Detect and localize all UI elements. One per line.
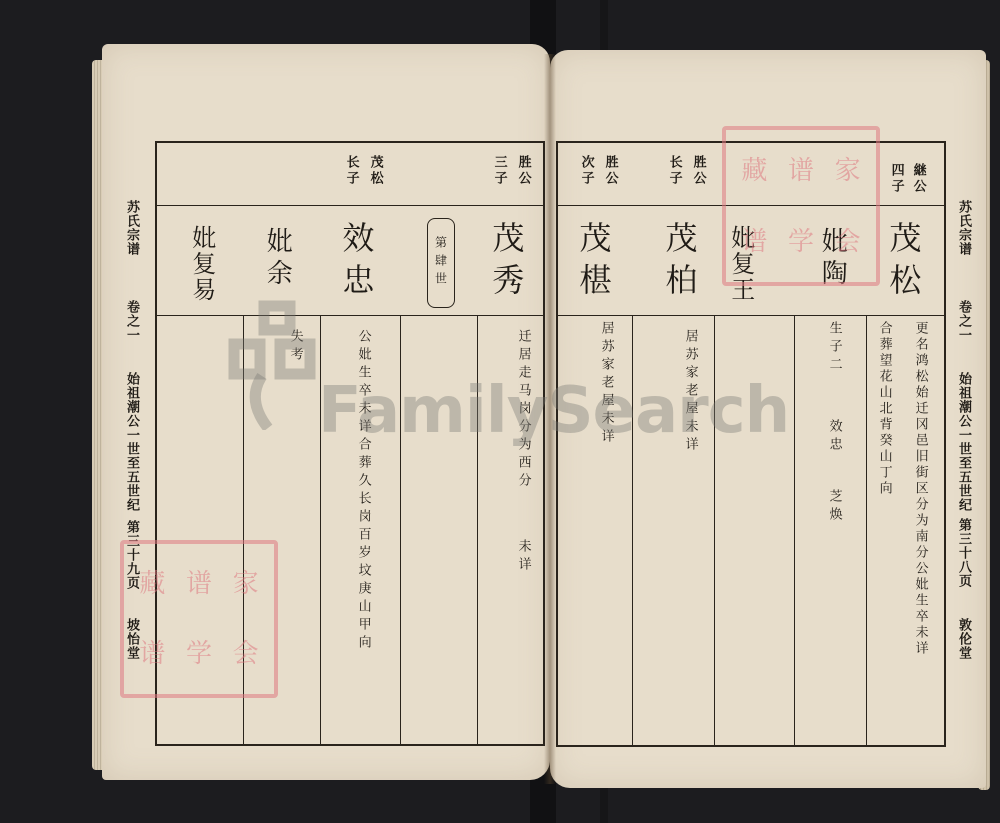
library-seal-stamp: 家 谱 藏 会 学 谱 (120, 540, 278, 698)
header-father: 胜公 (690, 155, 706, 187)
header-rank: 次子 (578, 155, 594, 187)
header-rank: 四子 (888, 163, 904, 195)
header-father: 茂松 (367, 155, 383, 187)
header-father: 胜公 (515, 155, 531, 187)
person-name: 茂秀 (487, 221, 525, 305)
left-margin-book-title: 苏氏宗谱 (122, 200, 141, 256)
generation-label: 第肆世 (433, 236, 450, 290)
familysearch-watermark: FamilySearch (318, 374, 789, 448)
children-count: 生子二 (826, 321, 842, 375)
person-note: 更名鸿松始迁冈邑旧街区分为南分公妣生卒未详 (912, 321, 928, 657)
header-divider (157, 205, 543, 206)
person-note: 未详 (515, 539, 531, 575)
left-margin-volume: 卷之一 (122, 300, 141, 342)
person-name: 茂椹 (574, 221, 612, 305)
child-name: 芝焕 (826, 489, 842, 525)
person-name: 茂柏 (660, 221, 698, 305)
name-divider (558, 315, 944, 316)
left-margin-section: 始祖潮公一世至五世纪 (122, 372, 141, 512)
right-margin-volume: 卷之一 (954, 300, 973, 342)
person-note: 合葬望花山北背癸山丁向 (876, 321, 892, 497)
right-margin-section: 始祖潮公一世至五世纪 (954, 372, 973, 512)
header-father: 胜公 (602, 155, 618, 187)
library-seal-stamp: 家 谱 藏 会 学 谱 (722, 126, 880, 286)
right-margin-book-title: 苏氏宗谱 (954, 200, 973, 256)
header-father: 継公 (910, 163, 926, 195)
familysearch-tree-logo-icon (222, 300, 322, 430)
generation-badge: 第肆世 (427, 218, 455, 308)
person-name: 茂松 (884, 221, 922, 305)
person-name: 效忠 (337, 221, 375, 305)
header-rank: 长子 (343, 155, 359, 187)
column-divider (794, 315, 795, 745)
child-name: 效忠 (826, 419, 842, 455)
right-margin-page-number: 第三十八页 (954, 518, 973, 588)
column-divider (866, 315, 867, 745)
spouse-name: 妣复易 (187, 225, 216, 303)
spouse-name: 妣余 (261, 227, 292, 291)
right-margin-hall-name: 敦伦堂 (954, 618, 973, 660)
header-rank: 长子 (666, 155, 682, 187)
header-rank: 三子 (491, 155, 507, 187)
name-divider (157, 315, 543, 316)
